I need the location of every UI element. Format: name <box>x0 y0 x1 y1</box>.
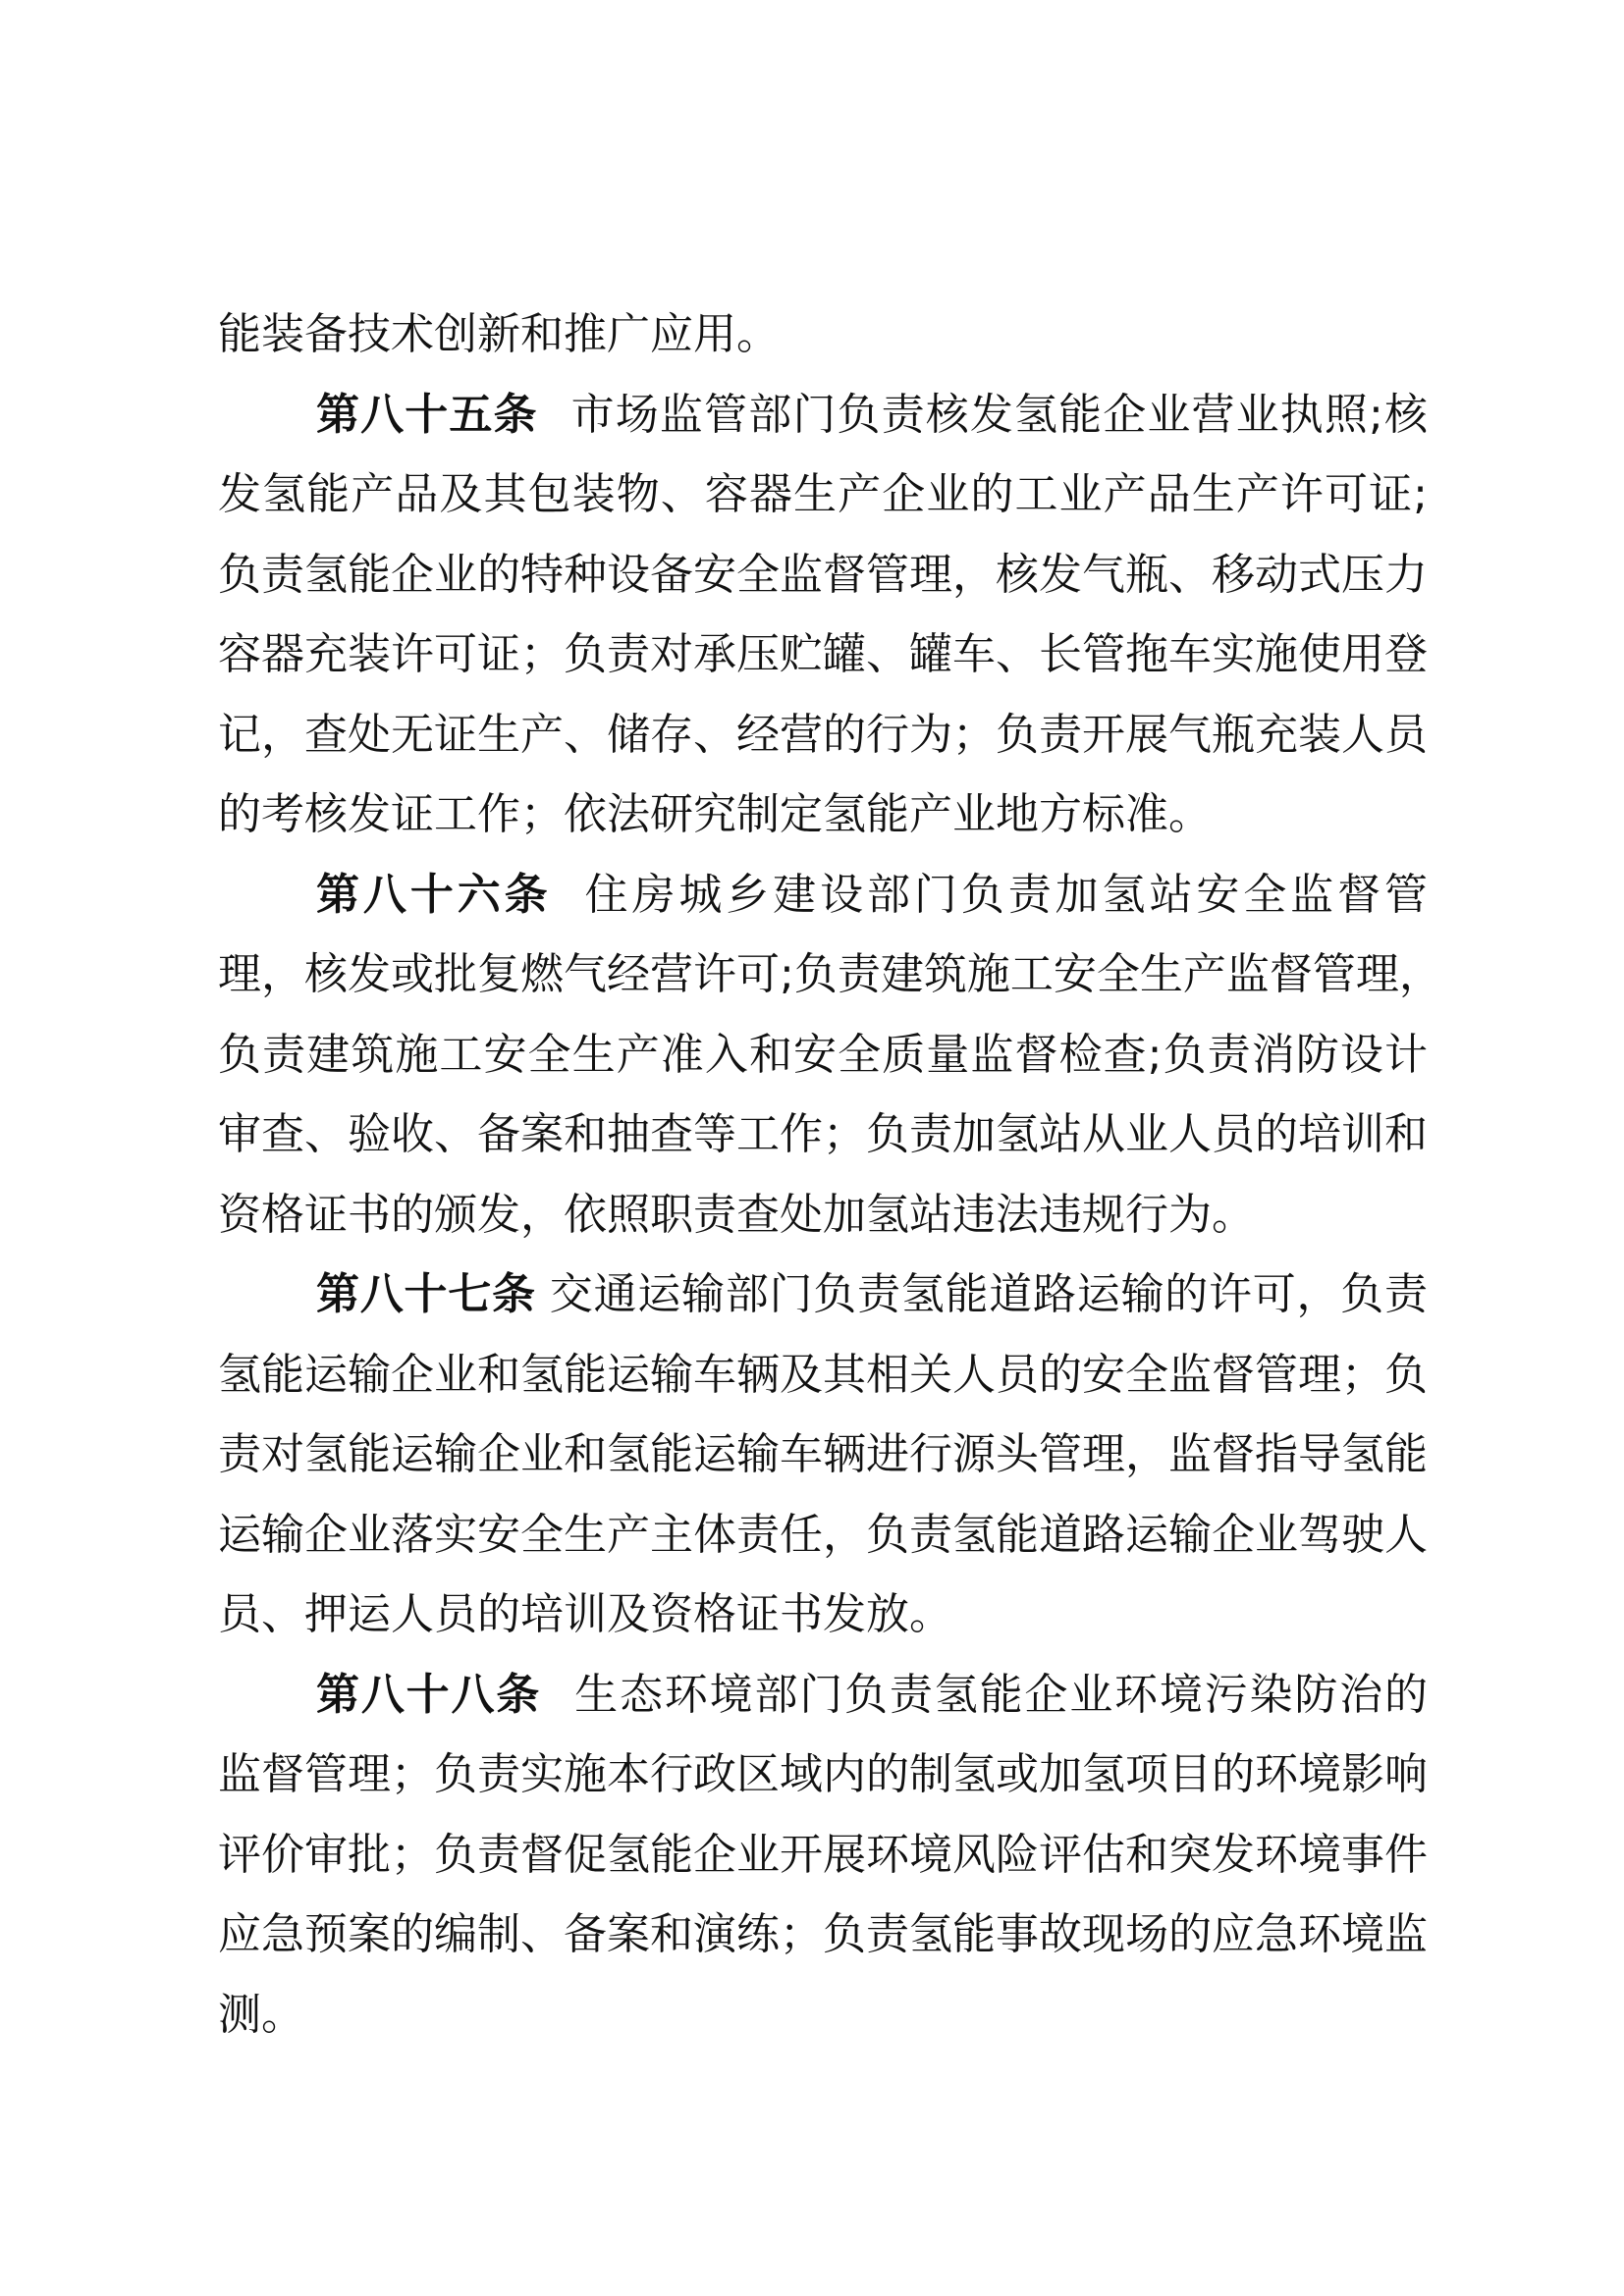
article-85-number: 第八十五条 <box>316 390 538 440</box>
article-87-first-line: 第八十七条交通运输部门负责氢能道路运输的许可，负责 <box>218 1260 1428 1341</box>
article-86-number: 第八十六条 <box>316 870 552 920</box>
article-87-line: 氢能运输企业和氢能运输车辆及其相关人员的安全监督管理；负 <box>218 1341 1428 1421</box>
article-85-line: 容器充装许可证；负责对承压贮罐、罐车、长管拖车实施使用登 <box>218 620 1428 701</box>
article-88-number: 第八十八条 <box>316 1670 541 1720</box>
article-85-text: 市场监管部门负责核发氢能企业营业执照;核 <box>571 390 1428 440</box>
article-85-first-line: 第八十五条市场监管部门负责核发氢能企业营业执照;核 <box>218 381 1428 461</box>
article-86-line: 审查、验收、备案和抽查等工作；负责加氢站从业人员的培训和 <box>218 1100 1428 1181</box>
article-87-line: 员、押运人员的培训及资格证书发放。 <box>218 1580 1428 1661</box>
article-86-line: 理，核发或批复燃气经营许可;负责建筑施工安全生产监督管理， <box>218 940 1428 1021</box>
article-85-line: 记，查处无证生产、储存、经营的行为；负责开展气瓶充装人员 <box>218 701 1428 781</box>
article-85-line: 的考核发证工作；依法研究制定氢能产业地方标准。 <box>218 780 1428 861</box>
article-88-line: 评价审批；负责督促氢能企业开展环境风险评估和突发环境事件 <box>218 1821 1428 1901</box>
article-87-line: 运输企业落实安全生产主体责任，负责氢能道路运输企业驾驶人 <box>218 1501 1428 1581</box>
article-85-line: 负责氢能企业的特种设备安全监督管理，核发气瓶、移动式压力 <box>218 541 1428 621</box>
article-87-line: 责对氢能运输企业和氢能运输车辆进行源头管理，监督指导氢能 <box>218 1420 1428 1501</box>
article-85-line: 发氢能产品及其包装物、容器生产企业的工业产品生产许可证; <box>218 460 1428 541</box>
article-88-text: 生态环境部门负责氢能企业环境污染防治的 <box>574 1670 1428 1720</box>
article-86-text: 住房城乡建设部门负责加氢站安全监督管 <box>585 870 1428 920</box>
article-86-line: 资格证书的颁发，依照职责查处加氢站违法违规行为。 <box>218 1181 1428 1261</box>
article-88-first-line: 第八十八条生态环境部门负责氢能企业环境污染防治的 <box>218 1661 1428 1741</box>
document-page: 能装备技术创新和推广应用。 第八十五条市场监管部门负责核发氢能企业营业执照;核 … <box>218 300 1428 2060</box>
article-86-line: 负责建筑施工安全生产准入和安全质量监督检查;负责消防设计 <box>218 1021 1428 1101</box>
article-87-text: 交通运输部门负责氢能道路运输的许可，负责 <box>550 1269 1428 1319</box>
article-88-line: 应急预案的编制、备案和演练；负责氢能事故现场的应急环境监 <box>218 1900 1428 1981</box>
article-88-line: 测。 <box>218 1981 1428 2061</box>
article-86-first-line: 第八十六条住房城乡建设部门负责加氢站安全监督管 <box>218 861 1428 941</box>
continuation-line: 能装备技术创新和推广应用。 <box>218 300 1428 381</box>
article-87-number: 第八十七条 <box>316 1269 536 1319</box>
article-88-line: 监督管理；负责实施本行政区域内的制氢或加氢项目的环境影响 <box>218 1740 1428 1821</box>
